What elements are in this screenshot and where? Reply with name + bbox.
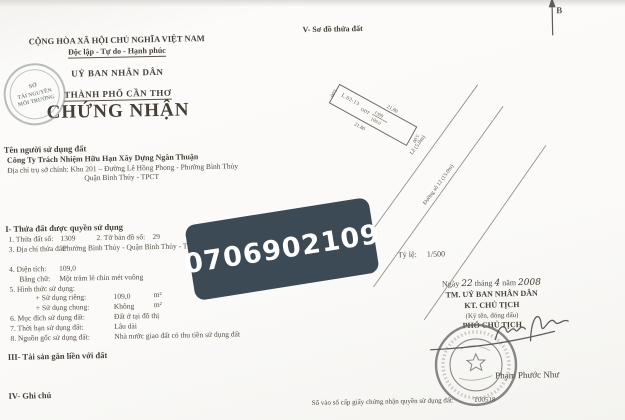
national-motto-line2-wrap: Độc lập - Tự do - Hạnh phúc (12, 45, 222, 60)
row10-value: Nhà nước giao đất có thu tiền sử dụng đấ… (114, 329, 240, 340)
row1-value: 1309 (60, 234, 75, 243)
row8-value: Đất ở tại đô thị (114, 311, 159, 321)
row9-label: 7. Thời hạn sử dụng đất: (10, 322, 83, 332)
road-label: Đường số 12 (15.0m) (421, 163, 455, 206)
row9-value: Lâu dài (114, 321, 137, 330)
row2-label: 3. Địa chỉ thửa đất: (9, 244, 67, 254)
certificate-scan: CỘNG HÒA XÃ HỘI CHỦ NGHĨA VIỆT NAM Độc l… (0, 0, 625, 420)
north-arrow-icon: B (548, 0, 562, 35)
plot-edge-left-label: 5.00 (328, 88, 337, 98)
official-stamp (435, 324, 517, 406)
row8-label: 6. Mục đích sử dụng đất: (10, 312, 85, 322)
north-label: B (556, 5, 562, 15)
road-lines (350, 84, 549, 322)
row6-unit: m² (154, 290, 162, 299)
row3-value: 109,0 (59, 264, 76, 273)
row2-value: Phường Bình Thủy - Quận Bình Thủy - TPCT (63, 241, 202, 253)
row3-label: 4. Diện tích: (9, 264, 46, 274)
row4-label: Bằng chữ: (19, 274, 50, 284)
national-motto-line2: Độc lập - Tự do - Hạnh phúc (68, 46, 166, 59)
plot-code-label: L.02-13 (340, 93, 360, 108)
land-user-address2: Quận Bình Thủy - TPCT (84, 172, 159, 182)
section3-heading: III- Tài sản gắn liền với đất (8, 350, 108, 362)
row7-label: + Sử dụng chung: (36, 302, 90, 312)
section4-heading: IV- Ghi chú (8, 390, 51, 401)
row6-label: + Sử dụng riêng: (36, 292, 87, 302)
row1-value2: 29 (152, 232, 160, 241)
row4-value: Một trăm lẻ chín mét vuông (59, 272, 143, 283)
plot-rectangle: L.02-13 21.80 21.80 5.00 5.00 ODT 1309 1… (321, 77, 426, 157)
row1-label: 1. Thửa đất số: (8, 234, 53, 244)
row1-label2: 2. Tờ bản đồ số: (96, 232, 145, 242)
row7-unit: m² (154, 300, 162, 309)
row10-label: 8. Nguồn gốc sử dụng đất: (10, 332, 90, 343)
phone-number: 0706902109 (182, 218, 382, 280)
plot-landuse-code: ODT (360, 107, 371, 116)
row7-value: Không (114, 301, 135, 310)
land-user-heading: Tên người sử dụng đất (4, 143, 87, 155)
row6-value: 109,0 (114, 292, 131, 301)
department-seal-text: SỞ TÀI NGUYÊN MÔI TRƯỜNG (5, 64, 65, 124)
plot-edge-bottom-label: 21.80 (353, 121, 366, 132)
